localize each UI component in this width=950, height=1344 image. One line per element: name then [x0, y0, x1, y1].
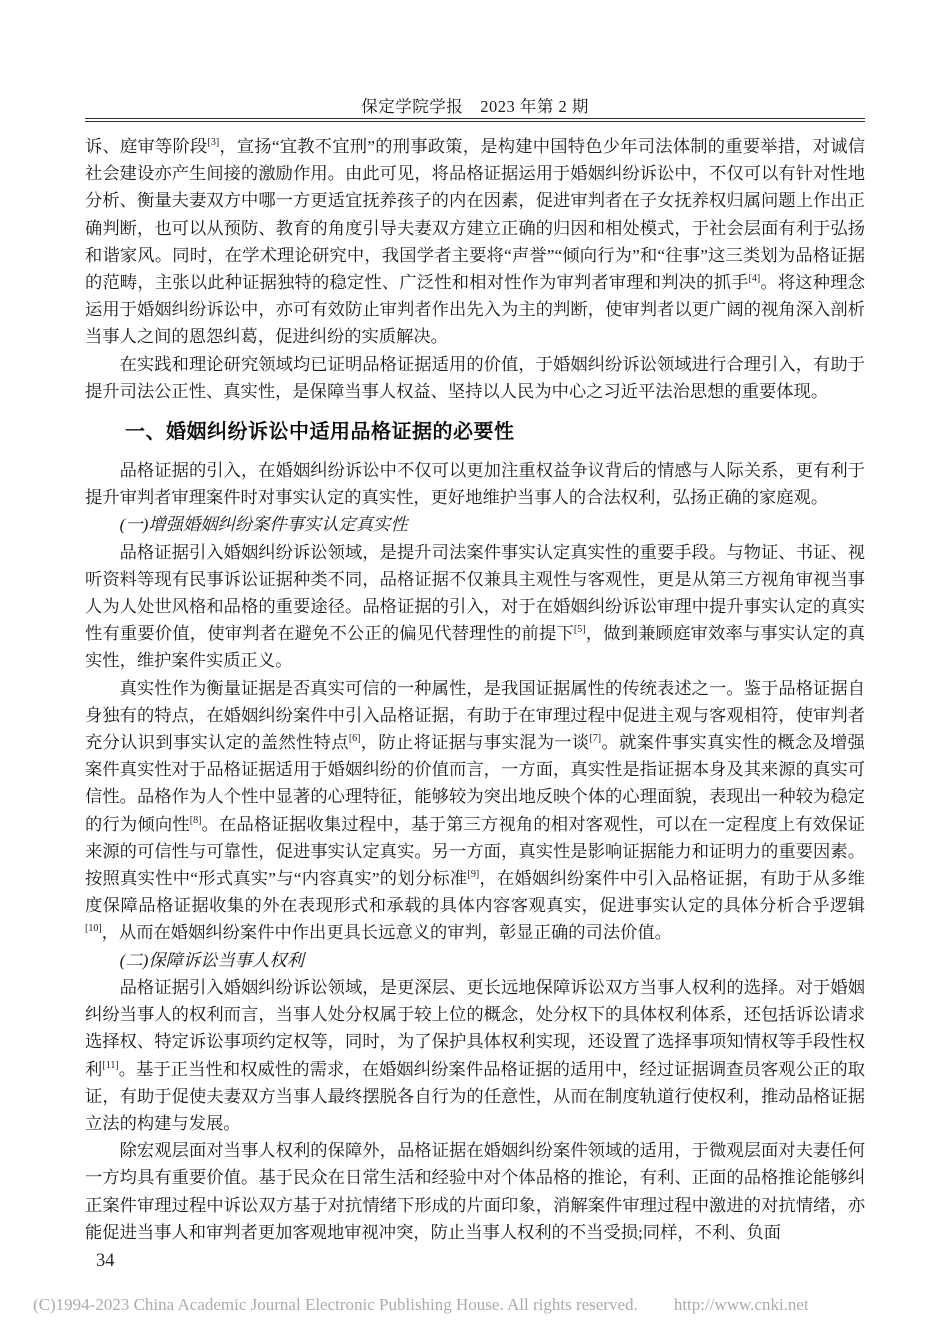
footnote-ref: [5] — [574, 624, 586, 635]
footnote-ref: [10] — [85, 924, 102, 935]
paragraph: 真实性作为衡量证据是否真实可信的一种属性，是我国证据属性的传统表述之一。鉴于品格… — [85, 675, 865, 947]
footnote-ref: [4] — [749, 273, 761, 284]
paragraph: 品格证据引入婚姻纠纷诉讼领域，是提升司法案件事实认定真实性的重要手段。与物证、书… — [85, 539, 865, 675]
subsection-heading: (一)增强婚姻纠纷案件事实认定真实性 — [85, 511, 865, 538]
paragraph: 除宏观层面对当事人权利的保障外，品格证据在婚姻纠纷案件领域的适用，于微观层面对夫… — [85, 1137, 865, 1246]
paragraph: 品格证据引入婚姻纠纷诉讼领域，是更深层、更长远地保障诉讼双方当事人权利的选择。对… — [85, 974, 865, 1137]
footnote-ref: [8] — [190, 815, 202, 826]
page-number: 34 — [96, 1251, 115, 1272]
section-heading: 一、婚姻纠纷诉讼中适用品格证据的必要性 — [85, 418, 865, 446]
footer-copyright: (C)1994-2023 China Academic Journal Elec… — [33, 1295, 638, 1314]
header-double-rule — [85, 118, 865, 122]
paragraph: 在实践和理论研究领域均已证明品格证据适用的价值，于婚姻纠纷诉讼领域进行合理引入，… — [85, 351, 865, 405]
paragraph: 品格证据的引入，在婚姻纠纷诉讼中不仅可以更加注重权益争议背后的情感与人际关系，更… — [85, 457, 865, 511]
footnote-ref: [11] — [102, 1060, 118, 1071]
footnote-ref: [7] — [589, 733, 601, 744]
footnote-ref: [9] — [467, 869, 479, 880]
journal-page: 保定学院学报 2023 年第 2 期 诉、庭审等阶段[3]，宣扬“宜教不宜刑”的… — [0, 0, 950, 1344]
subsection-heading: (二)保障诉讼当事人权利 — [85, 947, 865, 974]
footnote-ref: [6] — [349, 733, 361, 744]
footnote-ref: [3] — [208, 137, 220, 148]
article-body: 诉、庭审等阶段[3]，宣扬“宜教不宜刑”的刑事政策，是构建中国特色少年司法体制的… — [85, 133, 865, 1246]
footer-url: http://www.cnki.net — [674, 1295, 809, 1314]
paragraph: 诉、庭审等阶段[3]，宣扬“宜教不宜刑”的刑事政策，是构建中国特色少年司法体制的… — [85, 133, 865, 351]
page-footer: (C)1994-2023 China Academic Journal Elec… — [33, 1295, 933, 1315]
journal-header-title: 保定学院学报 2023 年第 2 期 — [85, 93, 865, 117]
